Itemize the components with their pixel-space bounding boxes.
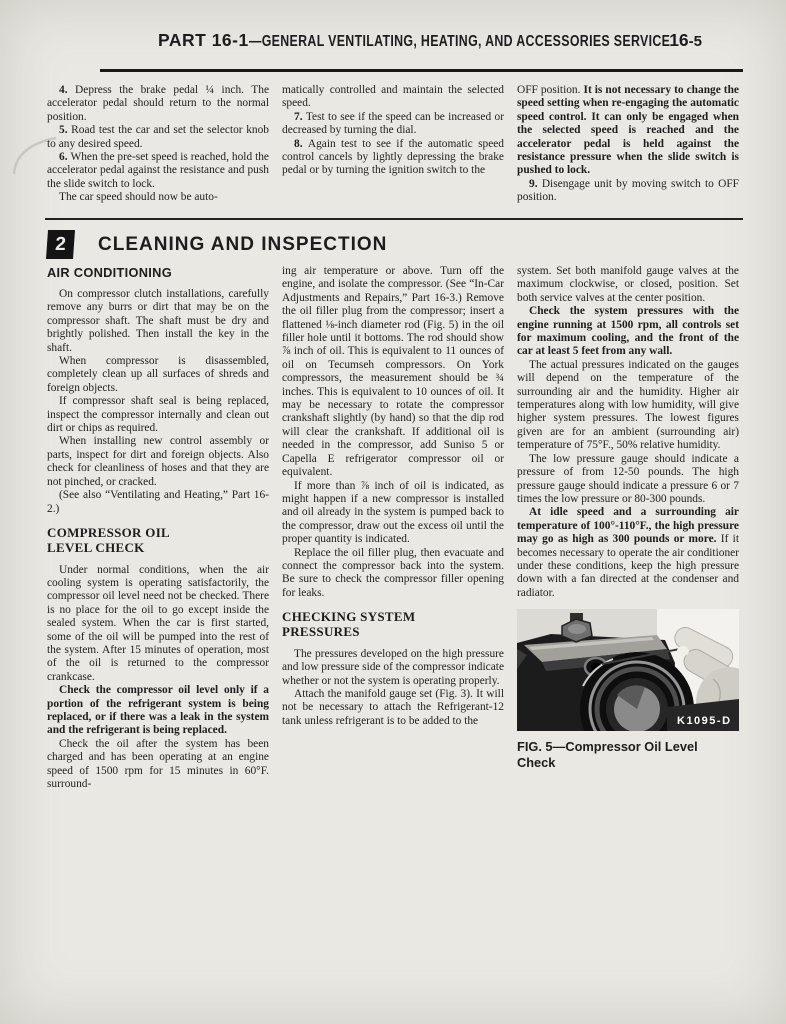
text-run: The pressures developed on the high pres… (282, 648, 504, 687)
paragraph: 8. Again test to see if the automatic sp… (282, 138, 504, 178)
bold-text-run: 4. (59, 84, 75, 96)
part-number-label: PART 16-1 (158, 30, 249, 51)
paragraph: 6. When the pre-set speed is reached, ho… (47, 151, 269, 191)
bold-text-run: At idle speed and a surrounding air temp… (517, 506, 739, 545)
paragraph: When compressor is disassembled, complet… (47, 355, 269, 395)
text-run: Under normal conditions, when the air co… (47, 564, 269, 683)
text-run: OFF position. (517, 84, 584, 96)
subsection-heading: AIR CONDITIONING (47, 265, 269, 280)
header-rule (100, 69, 743, 72)
subsection-heading: COMPRESSOR OIL LEVEL CHECK (47, 526, 269, 556)
text-run: When the pre-set speed is reached, hold … (47, 151, 269, 190)
section-divider-rule (45, 218, 743, 220)
bold-text-run: 5. (59, 124, 71, 136)
paragraph: OFF position. It is not necessary to cha… (517, 84, 739, 178)
subsection-heading: CHECKING SYSTEM PRESSURES (282, 610, 504, 640)
main-column-1: AIR CONDITIONINGOn compressor clutch ins… (47, 265, 269, 791)
bold-text-run: 6. (59, 151, 70, 163)
paragraph: The pressures developed on the high pres… (282, 648, 504, 688)
paragraph: matically controlled and maintain the se… (282, 84, 504, 111)
figure-5: K1095-D FIG. 5—Compressor Oil Level Chec… (517, 609, 739, 771)
paragraph: Check the oil after the system has been … (47, 738, 269, 792)
top-column-2: matically controlled and maintain the se… (282, 84, 504, 205)
text-run: When installing new control assembly or … (47, 435, 269, 487)
paragraph: Check the compressor oil level only if a… (47, 684, 269, 738)
text-run: Again test to see if the automatic speed… (282, 138, 504, 177)
text-run: Depress the brake pedal ¼ inch. The acce… (47, 84, 269, 123)
paragraph: Replace the oil filler plug, then evacua… (282, 547, 504, 601)
paragraph: 7. Test to see if the speed can be incre… (282, 111, 504, 138)
top-column-1: 4. Depress the brake pedal ¼ inch. The a… (47, 84, 269, 205)
section-title: CLEANING AND INSPECTION (98, 234, 387, 256)
photo-code-label: K1095-D (677, 715, 732, 727)
paragraph: If more than ⅞ inch of oil is indicated,… (282, 480, 504, 547)
text-run: Test to see if the speed can be increase… (282, 111, 504, 136)
paragraph: 4. Depress the brake pedal ¼ inch. The a… (47, 84, 269, 124)
paragraph: ing air temperature or above. Turn off t… (282, 265, 504, 480)
bold-text-run: Check the compressor oil level only if a… (47, 684, 269, 736)
page-number-major: 16 (669, 30, 688, 50)
bold-text-run: 7. (294, 111, 306, 123)
section-header: 2 CLEANING AND INSPECTION (47, 230, 387, 259)
main-column-3: system. Set both manifold gauge valves a… (517, 265, 739, 791)
paragraph: 5. Road test the car and set the selecto… (47, 124, 269, 151)
bold-text-run: 9. (529, 178, 542, 190)
text-run: ing air temperature or above. Turn off t… (282, 265, 504, 478)
paragraph: If compressor shaft seal is being replac… (47, 395, 269, 435)
top-section: 4. Depress the brake pedal ¼ inch. The a… (47, 84, 739, 205)
text-run: If compressor shaft seal is being replac… (47, 395, 269, 434)
part-title: —GENERAL VENTILATING, HEATING, AND ACCES… (249, 33, 670, 51)
text-run: The low pressure gauge should indicate a… (517, 453, 739, 505)
main-column-3-text: system. Set both manifold gauge valves a… (517, 265, 739, 600)
paragraph: The car speed should now be auto- (47, 191, 269, 204)
main-column-2: ing air temperature or above. Turn off t… (282, 265, 504, 791)
text-run: The actual pressures indicated on the ga… (517, 359, 739, 451)
text-run: (See also “Ventilating and Heating,” Par… (47, 489, 269, 514)
page-number: 16-5 (669, 30, 702, 51)
main-section: AIR CONDITIONINGOn compressor clutch ins… (47, 265, 739, 791)
paragraph: (See also “Ventilating and Heating,” Par… (47, 489, 269, 516)
text-run: Attach the manifold gauge set (Fig. 3). … (282, 688, 504, 727)
paragraph: Under normal conditions, when the air co… (47, 564, 269, 685)
bold-text-run: It is not necessary to change the speed … (517, 84, 739, 176)
text-run: matically controlled and maintain the se… (282, 84, 504, 109)
paragraph: 9. Disengage unit by moving switch to OF… (517, 178, 739, 205)
text-run: Check the oil after the system has been … (47, 738, 269, 790)
paragraph: Attach the manifold gauge set (Fig. 3). … (282, 688, 504, 728)
text-run: If more than ⅞ inch of oil is indicated,… (282, 480, 504, 546)
paragraph: On compressor clutch installations, care… (47, 288, 269, 355)
bold-text-run: Check the system pressures with the engi… (517, 305, 739, 357)
text-run: Disengage unit by moving switch to OFF p… (517, 178, 739, 203)
manual-page: PART 16-1—GENERAL VENTILATING, HEATING, … (0, 0, 786, 1024)
figure-caption: FIG. 5—Compressor Oil Level Check (517, 739, 717, 771)
paragraph: At idle speed and a surrounding air temp… (517, 506, 739, 600)
text-run: On compressor clutch installations, care… (47, 288, 269, 354)
paragraph: Check the system pressures with the engi… (517, 305, 739, 359)
text-run: When compressor is disassembled, complet… (47, 355, 269, 394)
text-run: Replace the oil filler plug, then evacua… (282, 547, 504, 599)
text-run: Road test the car and set the selector k… (47, 124, 269, 149)
section-number-badge: 2 (46, 230, 75, 259)
paragraph: The low pressure gauge should indicate a… (517, 453, 739, 507)
paragraph: system. Set both manifold gauge valves a… (517, 265, 739, 305)
paragraph: The actual pressures indicated on the ga… (517, 359, 739, 453)
text-run: system. Set both manifold gauge valves a… (517, 265, 739, 304)
top-column-3: OFF position. It is not necessary to cha… (517, 84, 739, 205)
text-run: The car speed should now be auto- (59, 191, 218, 203)
page-number-minor: -5 (689, 33, 702, 50)
paragraph: When installing new control assembly or … (47, 435, 269, 489)
bold-text-run: 8. (294, 138, 308, 150)
compressor-photo: K1095-D (517, 609, 739, 731)
